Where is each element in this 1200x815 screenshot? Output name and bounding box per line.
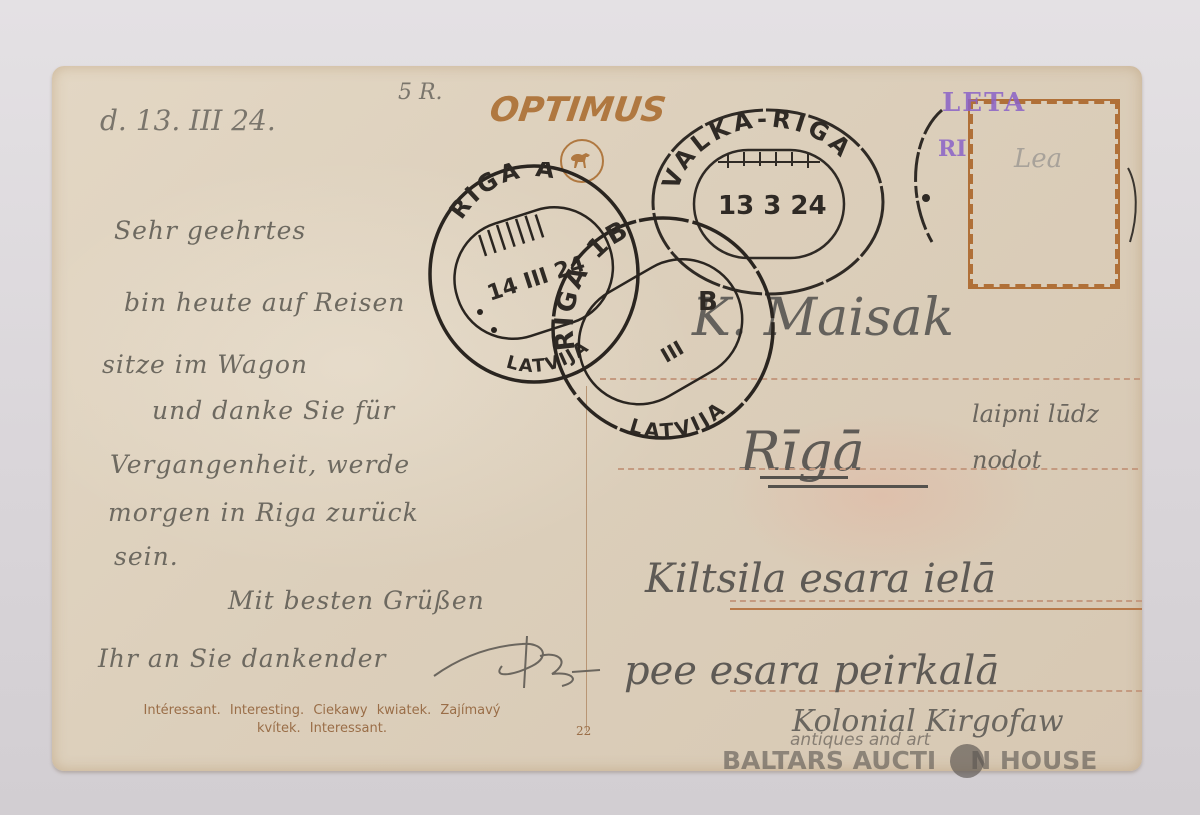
message-line: sitze im Wagon	[102, 350, 308, 379]
postmark-riga-1b: RIGA 1B B III LATVIJA	[548, 210, 778, 444]
address-line-dotted	[618, 468, 1138, 470]
printed-caption: Intéressant. Interesting. Ciekawy kwiate…	[92, 702, 552, 738]
caption-line1: Intéressant. Interesting. Ciekawy kwiate…	[92, 702, 552, 720]
message-line: sein.	[114, 542, 179, 571]
address-line-printed	[730, 608, 1142, 610]
postmark-date: III	[657, 336, 688, 368]
message-line: bin heute auf Reisen	[124, 288, 405, 317]
message-line: Mit besten Grüßen	[228, 586, 485, 615]
brand-logo-text: OPTIMUS	[487, 90, 668, 130]
partial-postmark-arc	[1122, 166, 1142, 246]
city-underline	[768, 485, 928, 488]
message-line: morgen in Riga zurück	[108, 498, 419, 527]
caption-line2: kvítek. Interessant.	[92, 720, 552, 738]
message-line: Vergangenheit, werde	[110, 450, 410, 479]
stamp-placeholder-box	[968, 99, 1120, 289]
svg-text:RIGA A: RIGA A	[444, 162, 559, 224]
pencil-top-mark: 5 R.	[398, 80, 443, 105]
signature-scribble	[432, 626, 602, 700]
message-line: Ihr an Sie dankender	[98, 644, 387, 673]
postmark-text: RIGA A	[444, 162, 559, 224]
city-underline	[760, 476, 848, 479]
recipient-street-line1: Kiltsila esara ielā	[645, 556, 996, 602]
message-line: Sehr geehrtes	[114, 216, 306, 245]
partial-postmark-arc	[902, 106, 962, 246]
recipient-street-line3: Kolonial Kirgofaw	[792, 704, 1064, 739]
svg-text:B: B	[698, 287, 718, 317]
recipient-note-line1: laipni lūdz	[972, 400, 1099, 428]
message-line: und danke Sie für	[152, 396, 395, 425]
stamp-box-pencil-note: Lea	[1014, 144, 1062, 174]
address-line-dotted	[730, 690, 1142, 692]
address-line-dotted	[730, 600, 1142, 602]
svg-text:LATVIJA: LATVIJA	[627, 396, 731, 440]
recipient-street-line2: pee esara peirkalā	[624, 648, 999, 694]
card-number: 22	[576, 724, 591, 738]
pencil-date: d. 13. III 24.	[100, 104, 276, 137]
postcard: OPTIMUS LETA RI Lea d. 13. III 24. 5 R. …	[52, 66, 1142, 771]
postmark-text-bottom: LATVIJA	[627, 396, 731, 440]
